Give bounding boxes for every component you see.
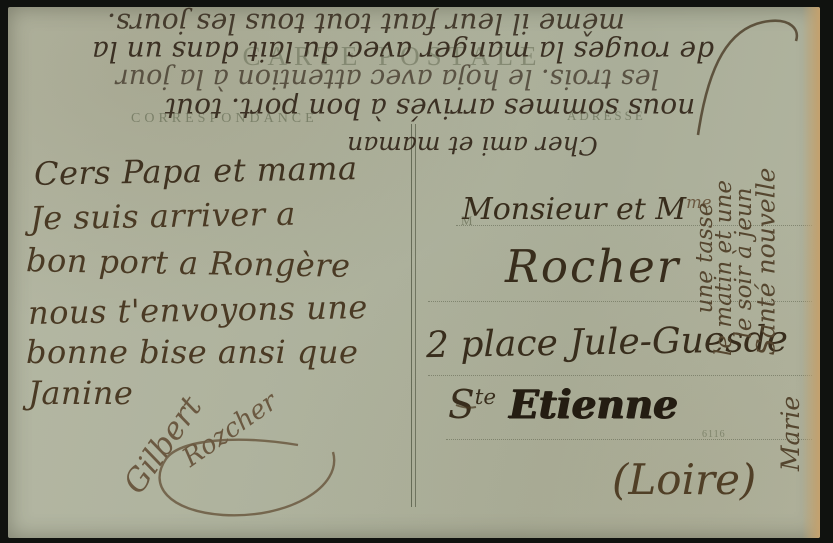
margin-note-signature: Marie [776, 376, 805, 491]
address-recipient-line: Monsieur et Mme [462, 192, 712, 227]
scan-frame: CARTE POSTALE CORRESPONDANCE ADRESSE M 6… [0, 0, 833, 543]
message-line: Janine [28, 374, 133, 412]
address-city-sup: te [475, 385, 496, 410]
address-city-abbrev: S [448, 383, 475, 428]
address-dotted-line [446, 439, 812, 440]
message-line: nous t'envoyons une [28, 288, 368, 332]
message-line: bon port a Rongère [26, 241, 351, 285]
address-recipient-prefix: Monsieur et M [462, 192, 686, 227]
message-line: bonne bise ansi que [26, 333, 358, 371]
address-city: Etienne [508, 382, 677, 428]
divider-line [411, 124, 416, 507]
inverted-note-line: les trois. le hoja avec attention à la j… [20, 63, 755, 94]
address-city-line: Ste Etienne [448, 382, 677, 428]
address-recipient-name: Rocher [505, 240, 680, 293]
card-edge-highlight [802, 7, 820, 538]
address-department: (Loire) [612, 455, 756, 504]
inverted-note-line: nous sommes arrivés à bon port. tout [96, 92, 764, 125]
serial-number: 6116 [702, 429, 726, 440]
postcard: CARTE POSTALE CORRESPONDANCE ADRESSE M 6… [8, 7, 820, 538]
message-line: Cers Papa et mama [34, 149, 358, 193]
message-line: Je suis arriver a [30, 195, 296, 238]
